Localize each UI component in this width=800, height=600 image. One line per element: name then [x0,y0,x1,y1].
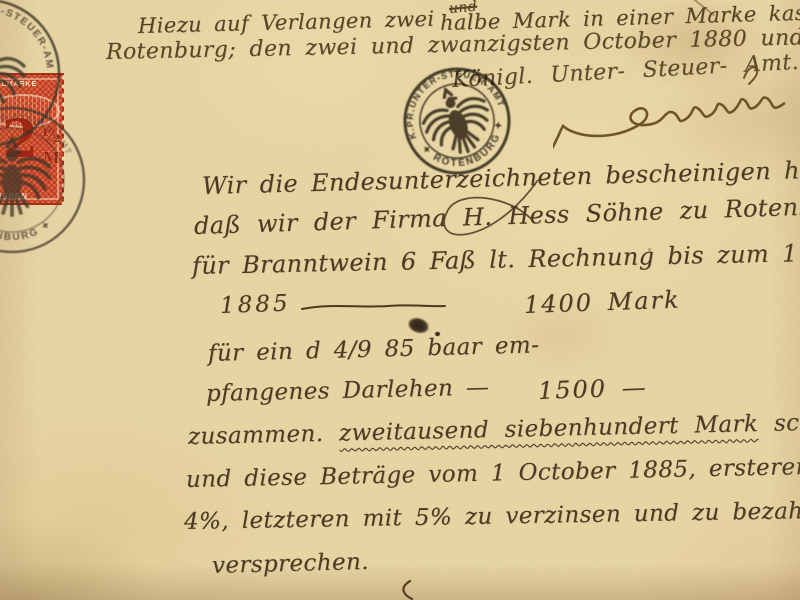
body-line-8: und diese Beträge vom 1 October 1885, er… [186,453,800,493]
body-line-6: pfangenes Darlehen — [206,375,490,407]
svg-text:OTENBURG ✦: OTENBURG ✦ [0,218,54,243]
partial-stamp-arc-text: R-STEUER-AM [0,4,55,70]
revenue-stamp-value: 2 [2,109,38,170]
body-line-5: für ein d 4/9 85 baar em- [208,332,540,367]
signature-flourish-mark [742,62,764,90]
revenue-stamp-perforation [61,73,67,205]
body-line-6-amount: 1500 — [538,373,649,405]
partial-stamp-bottom-arc-text: OTENBURG ✦ [0,218,54,243]
body-line-10: versprechen. [212,549,370,579]
body-line-9: 4%, letzteren mit 5% zu verzinsen und zu… [184,498,800,535]
revenue-stamp-fraction: ½ [41,125,61,147]
body-line-4-amount: 1400 Mark [524,286,681,319]
ledger-dash-line [300,299,448,315]
revenue-stamp-top-text: STEMPELMARKE [0,79,64,88]
partial-bottom-stroke [396,580,420,600]
sum-underlined-amount: zweitausend siebenhundert Mark [339,411,759,447]
body-line-4-year: 1885 [220,291,291,319]
revenue-stamp-bottom-text: PREUSSEN [0,192,64,201]
body-line-7: zusammen. zweitausend siebenhundert Mark… [188,408,800,450]
revenue-stamp: STEMPELMARKE 2 ½ M PREUSSEN [0,73,64,205]
revenue-stamp-currency: M [43,149,60,167]
svg-text:R-STEUER-AM: R-STEUER-AM [0,4,55,70]
sum-trailing-word: schulden [774,408,800,436]
sum-label: zusammen. [188,421,324,450]
signature [553,84,800,156]
document-photo: Hiezu auf Verlangen zwei und halbe Mark … [0,0,800,600]
